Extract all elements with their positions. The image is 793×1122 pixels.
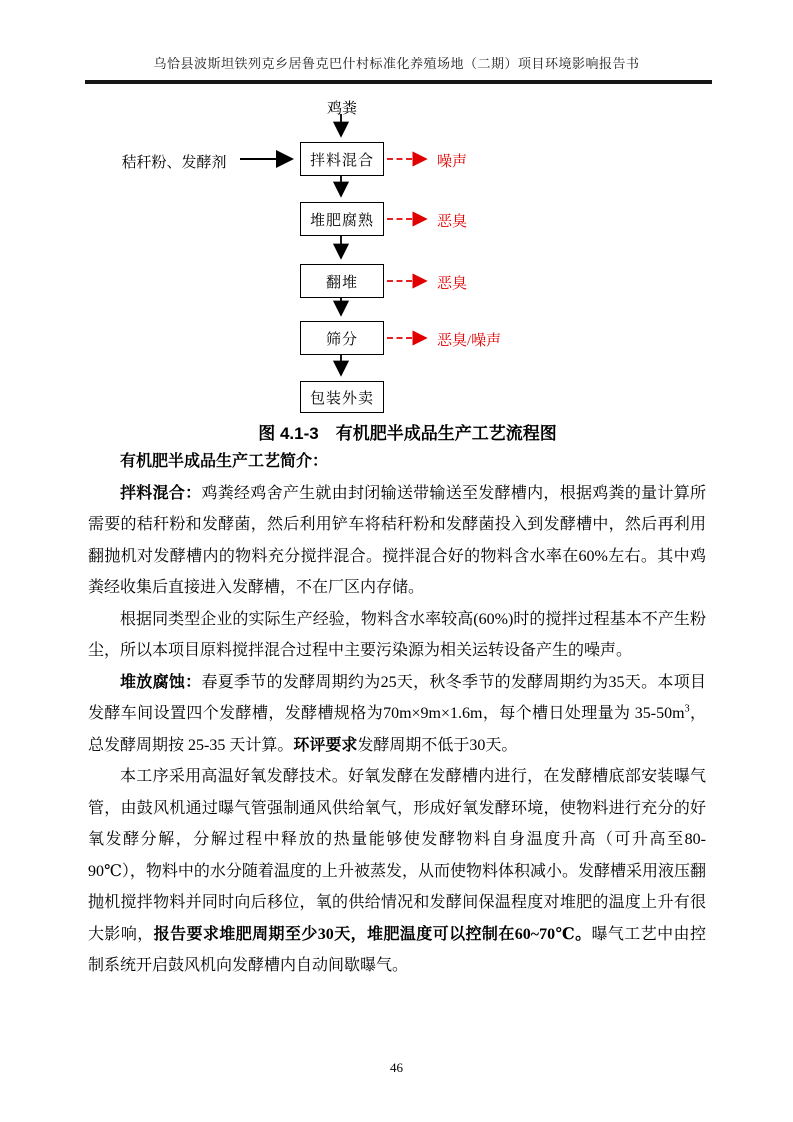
section-heading: 有机肥半成品生产工艺简介： <box>88 446 706 478</box>
process-box-packaging: 包装外卖 <box>300 381 384 413</box>
process-box-mixing: 拌料混合 <box>300 142 384 176</box>
paragraph-composting: 堆放腐蚀：春夏季节的发酵周期约为25天，秋冬季节的发酵周期约为35天。本项目发酵… <box>88 667 706 762</box>
body-text-block: 有机肥半成品生产工艺简介： 拌料混合：鸡粪经鸡舍产生就由封闭输送带输送至发酵槽内… <box>88 446 706 982</box>
document-header-title: 乌恰县波斯坦铁列克乡居鲁克巴什村标准化养殖场地（二期）项目环境影响报告书 <box>0 53 793 72</box>
figure-caption: 图 4.1-3 有机肥半成品生产工艺流程图 <box>0 419 793 444</box>
process-box-composting: 堆肥腐熟 <box>300 202 384 236</box>
flowchart-arrow-layer <box>0 95 793 447</box>
flow-input-straw-ferment: 秸秆粉、发酵剂 <box>113 151 235 172</box>
emission-label-odor-noise: 恶臭/噪声 <box>437 329 501 350</box>
process-box-turning: 翻堆 <box>300 264 384 298</box>
flow-input-chicken-manure: 鸡粪 <box>300 97 384 118</box>
process-flowchart: 鸡粪 秸秆粉、发酵剂 拌料混合 堆肥腐熟 翻堆 筛分 包装外卖 噪声 恶臭 恶臭… <box>0 95 793 447</box>
process-box-screening: 筛分 <box>300 321 384 355</box>
emission-label-odor-1: 恶臭 <box>437 210 467 231</box>
emission-label-odor-2: 恶臭 <box>437 272 467 293</box>
header-double-rule <box>85 80 712 84</box>
document-page: 乌恰县波斯坦铁列克乡居鲁克巴什村标准化养殖场地（二期）项目环境影响报告书 <box>0 0 793 1122</box>
paragraph-experience: 根据同类型企业的实际生产经验，物料含水率较高(60%)时的搅拌过程基本不产生粉尘… <box>88 604 706 667</box>
paragraph-aerobic: 本工序采用高温好氧发酵技术。好氧发酵在发酵槽内进行，在发酵槽底部安装曝气管，由鼓… <box>88 761 706 982</box>
emission-label-noise: 噪声 <box>437 150 467 171</box>
paragraph-mixing: 拌料混合：鸡粪经鸡舍产生就由封闭输送带输送至发酵槽内，根据鸡粪的量计算所需要的秸… <box>88 478 706 604</box>
page-number: 46 <box>0 1060 793 1076</box>
